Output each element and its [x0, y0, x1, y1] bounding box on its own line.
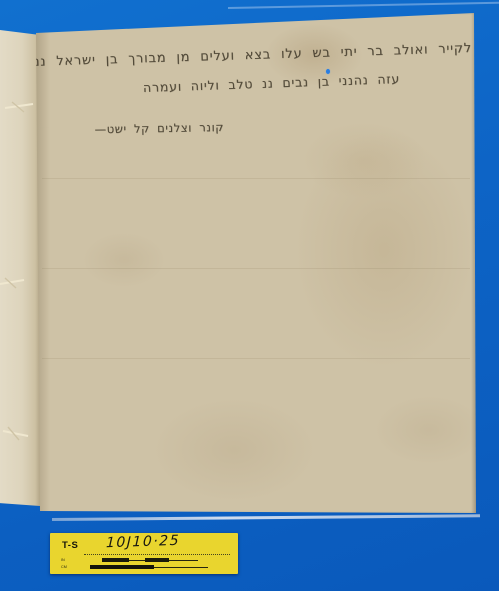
manuscript-text-line-1: לקייר ואולב בר יתי בש עלו בצא ועלים מן מ…	[72, 41, 472, 69]
collection-prefix: T-S	[62, 540, 78, 551]
stitch-mark	[0, 275, 28, 291]
shelfmark-number: 10J10·25	[106, 533, 181, 552]
manuscript-text-line-3: קונר וצלנים קל ישט—	[74, 120, 224, 137]
shelfmark-label: T-S 10J10·25 IN CM	[50, 533, 238, 574]
inch-unit-label: IN	[61, 559, 65, 563]
cm-unit-label: CM	[61, 566, 67, 570]
fold-crease	[42, 268, 470, 269]
manuscript-fragment: לקייר ואולב בר יתי בש עלו בצא ועלים מן מ…	[34, 10, 478, 516]
stitch-mark	[2, 423, 32, 443]
scale-segment	[102, 558, 129, 562]
blue-ink-speck	[326, 69, 330, 74]
genizah-fragment-photo: לקייר ואולב בר יתי בש עלו בצא ועלים מן מ…	[0, 0, 499, 591]
scale-segment	[90, 565, 154, 569]
stitch-mark	[4, 100, 36, 114]
cm-scale-bar	[74, 565, 210, 570]
fold-crease	[42, 358, 470, 359]
plastic-sleeve-edge-bottom	[52, 514, 480, 520]
fold-crease	[42, 178, 470, 179]
scale-segment	[145, 558, 169, 562]
manuscript-text-line-2: עזה נהנני בן נבים ננ טלב וליוה ועמרה	[142, 71, 400, 95]
plastic-sleeve-edge-top	[228, 2, 499, 9]
binding-guard	[0, 28, 40, 506]
inch-scale-bar	[86, 558, 198, 562]
